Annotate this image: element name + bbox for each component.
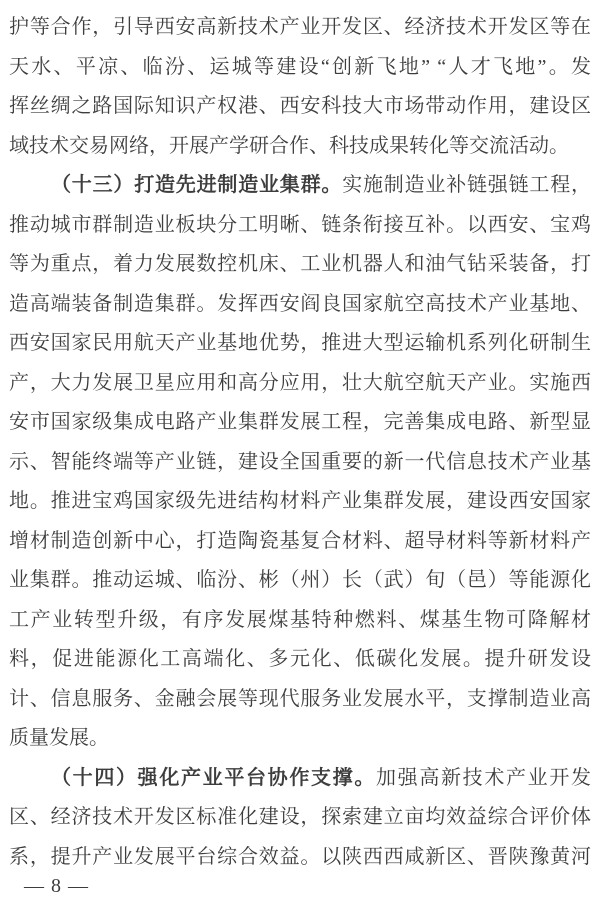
section-heading-text: （十四）强化产业平台协作支撑。 [51,767,376,789]
text-line: 工产业转型升级，有序发展煤基特种燃料、煤基生物可降解材 [9,601,591,641]
body-text: 料，促进能源化工高端化、多元化、低碳化发展。提升研发设 [9,648,591,670]
document-body: 护等合作，引导西安高新技术产业开发区、经济技术开发区等在天水、平凉、临汾、运城等… [9,8,591,877]
body-text: 地。推进宝鸡国家级先进结构材料产业集群发展，建设西安国家 [9,490,591,512]
text-line: （十四）强化产业平台协作支撑。加强高新技术产业开发 [9,759,591,799]
text-line: 示、智能终端等产业链，建设全国重要的新一代信息技术产业基 [9,443,591,483]
body-text: 西安国家民用航天产业基地优势，推进大型运输机系列化研制生 [9,332,591,354]
body-text: 挥丝绸之路国际知识产权港、西安科技大市场带动作用，建设区 [9,95,591,117]
text-line: 料，促进能源化工高端化、多元化、低碳化发展。提升研发设 [9,640,591,680]
text-line: 业集群。推动运城、临汾、彬（州）长（武）旬（邑）等能源化 [9,561,591,601]
text-line: 系，提升产业发展平台综合效益。以陕西西咸新区、晋陕豫黄河 [9,838,591,878]
page-number: — 8 — [24,872,89,900]
text-line: 计、信息服务、金融会展等现代服务业发展水平，支撑制造业高 [9,680,591,720]
text-line: 区、经济技术开发区标准化建设，探索建立亩均效益综合评价体 [9,798,591,838]
text-line: 挥丝绸之路国际知识产权港、西安科技大市场带动作用，建设区 [9,87,591,127]
text-line: （十三）打造先进制造业集群。实施制造业补链强链工程， [9,166,591,206]
body-text: 造高端装备制造集群。发挥西安阎良国家航空高技术产业基地、 [9,293,591,315]
text-line: 造高端装备制造集群。发挥西安阎良国家航空高技术产业基地、 [9,285,591,325]
text-line: 推动城市群制造业板块分工明晰、链条衔接互补。以西安、宝鸡 [9,206,591,246]
body-text: 安市国家级集成电路产业集群发展工程，完善集成电路、新型显 [9,411,591,433]
text-line: 安市国家级集成电路产业集群发展工程，完善集成电路、新型显 [9,403,591,443]
body-text: 推动城市群制造业板块分工明晰、链条衔接互补。以西安、宝鸡 [9,214,591,236]
text-line: 天水、平凉、临汾、运城等建设“创新飞地” “人才飞地”。发 [9,48,591,88]
section-heading-text: （十三）打造先进制造业集群。 [51,174,342,196]
body-text: 域技术交易网络，开展产学研合作、科技成果转化等交流活动。 [9,135,569,157]
text-line: 质量发展。 [9,719,591,759]
text-line: 域技术交易网络，开展产学研合作、科技成果转化等交流活动。 [9,127,591,167]
text-line: 西安国家民用航天产业基地优势，推进大型运输机系列化研制生 [9,324,591,364]
text-line: 增材制造创新中心，打造陶瓷基复合材料、超导材料等新材料产 [9,522,591,562]
text-line: 地。推进宝鸡国家级先进结构材料产业集群发展，建设西安国家 [9,482,591,522]
body-text: 工产业转型升级，有序发展煤基特种燃料、煤基生物可降解材 [9,609,591,631]
document-page: 护等合作，引导西安高新技术产业开发区、经济技术开发区等在天水、平凉、临汾、运城等… [0,0,600,911]
body-text: 等为重点，着力发展数控机床、工业机器人和油气钻采装备，打 [9,253,591,275]
text-line: 护等合作，引导西安高新技术产业开发区、经济技术开发区等在 [9,8,591,48]
body-text: 区、经济技术开发区标准化建设，探索建立亩均效益综合评价体 [9,806,591,828]
body-text: 系，提升产业发展平台综合效益。以陕西西咸新区、晋陕豫黄河 [9,846,591,868]
body-text: 产，大力发展卫星应用和高分应用，壮大航空航天产业。实施西 [9,372,591,394]
body-text: 实施制造业补链强链工程， [342,174,591,196]
body-text: 质量发展。 [9,727,109,749]
body-text: 加强高新技术产业开发 [376,767,591,789]
body-text: 计、信息服务、金融会展等现代服务业发展水平，支撑制造业高 [9,688,591,710]
body-text: 护等合作，引导西安高新技术产业开发区、经济技术开发区等在 [9,16,591,38]
body-text: 天水、平凉、临汾、运城等建设“创新飞地” “人才飞地”。发 [9,56,591,78]
text-line: 等为重点，着力发展数控机床、工业机器人和油气钻采装备，打 [9,245,591,285]
body-text: 业集群。推动运城、临汾、彬（州）长（武）旬（邑）等能源化 [9,569,591,591]
body-text: 增材制造创新中心，打造陶瓷基复合材料、超导材料等新材料产 [9,530,591,552]
text-line: 产，大力发展卫星应用和高分应用，壮大航空航天产业。实施西 [9,364,591,404]
body-text: 示、智能终端等产业链，建设全国重要的新一代信息技术产业基 [9,451,591,473]
